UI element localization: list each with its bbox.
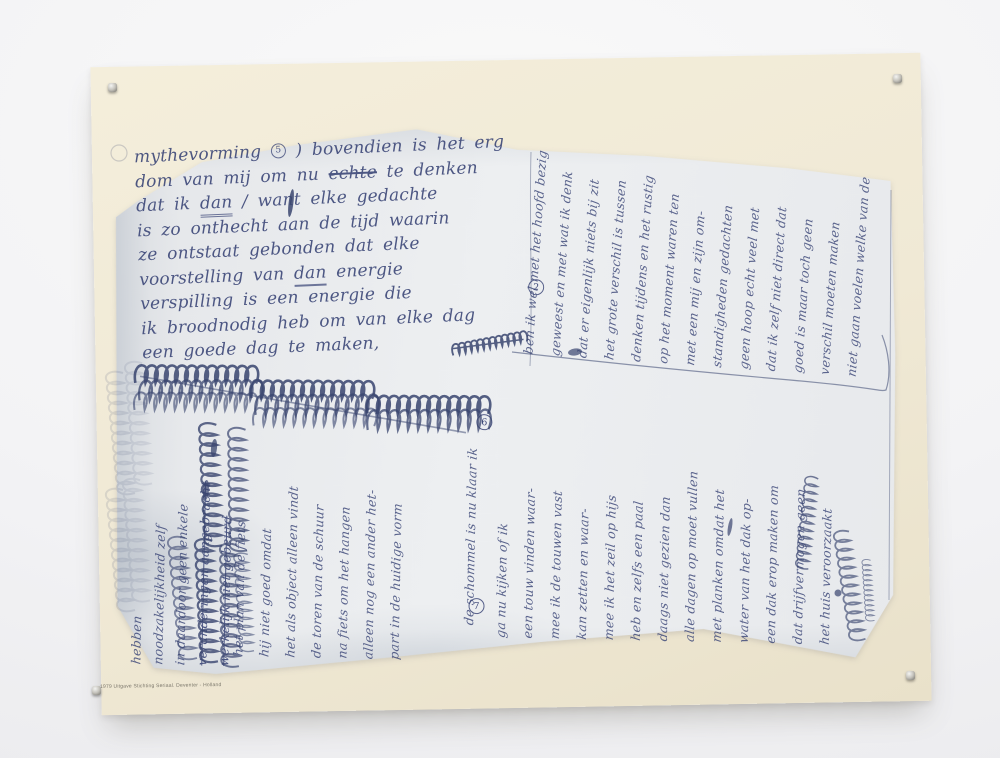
handwriting-column: hebben [128, 615, 144, 666]
handwriting-column: part in de huidige vorm [386, 502, 404, 660]
handwriting-right-column-block: 2 ben ik wel met het hoofd bezig geweest… [532, 130, 909, 405]
handwriting-column: het plan van de fiets [230, 520, 248, 657]
handwriting-column: goed is maar toch geen [790, 217, 816, 374]
handwriting-column: verschil moeten maken [817, 220, 843, 376]
handwriting-column: een touw vinden waar- [520, 487, 538, 640]
struck-word: echte [328, 162, 377, 184]
section-number-6: 6 [476, 414, 492, 430]
handwriting-text: energie [336, 259, 404, 282]
handwriting-column: noodzakelijkheid zelf [150, 524, 168, 666]
underlined-word: dan [294, 262, 328, 286]
handwriting-column: niet gaan voelen welke van de [844, 175, 873, 378]
pin-bottom-left [92, 686, 101, 695]
handwriting-column: dat ik zelf niet direct dat [763, 205, 789, 372]
handwriting-column: in daardoor geen enkele [172, 503, 190, 666]
handwriting-column: met een mij en zijn om- [682, 209, 708, 366]
pin-bottom-right [906, 671, 915, 680]
photograph-of-manuscript-on-wall: mythevorming 5 ) bovendien is het erg do… [0, 0, 1000, 758]
handwriting-column: denken tijdens en het rustig [628, 174, 656, 363]
handwriting-column: het huis veroorzaakt [817, 507, 835, 645]
handwriting-column: mee ik de touwen vast [547, 489, 565, 639]
handwriting-column: alleen nog een ander het- [360, 488, 379, 660]
handwriting-column: water van het dak op- [736, 497, 754, 643]
section-number-5: 5 [271, 143, 287, 159]
pin-top-left [108, 83, 117, 92]
handwriting-column: de toren van de schuur [308, 504, 326, 659]
handwriting-column: hij niet goed omdat [256, 527, 274, 658]
handwriting-column: geweest en met wat ik denk [547, 170, 575, 358]
handwriting-column: mee ik het zeil op hijs [601, 494, 619, 641]
handwriting-column: het grote verschil is tussen [601, 178, 628, 361]
handwriting-text: te denken [386, 158, 478, 182]
handwriting-column: na fiets om het hangen [334, 505, 352, 659]
handwriting-text: voorstelling van [139, 264, 285, 290]
handwriting-column: kan zetten en waar- [574, 507, 592, 640]
handwriting-column: daags niet gezien dan [655, 495, 673, 642]
handwriting-column: ga nu kijken of ik [493, 522, 510, 639]
handwriting-top-block: mythevorming 5 ) bovendien is het erg do… [134, 127, 589, 366]
handwriting-column: alle dagen op moet vullen [682, 470, 701, 643]
handwriting-column: standigheden gedachten [709, 204, 735, 369]
handwriting-lower-column-block: hebben noodzakelijkheid zelf in daardoor… [127, 385, 917, 687]
struck-handwriting-column: veranderingen aangebracht [194, 480, 213, 666]
handwriting-column: dat er eigenlijk niets bij zit [574, 178, 601, 360]
handwriting-column: een dak erop maken om [763, 484, 781, 645]
handwriting-column: het als object alleen vindt [282, 485, 301, 658]
handwriting-column: op het moment waren ten [655, 192, 682, 365]
handwriting-column: met planken omdat het [709, 488, 727, 643]
underlined-word: dan [199, 192, 233, 217]
pin-top-right [893, 74, 902, 83]
handwriting-column: dat drijfvermogen geen [790, 487, 808, 644]
handwriting-column: heb en zelfs een paal [628, 500, 646, 642]
handwriting-text: dat ik [136, 194, 191, 216]
handwriting-column: geen hoop echt veel met [736, 206, 762, 371]
word-mythevorming: mythevorming [134, 142, 262, 167]
